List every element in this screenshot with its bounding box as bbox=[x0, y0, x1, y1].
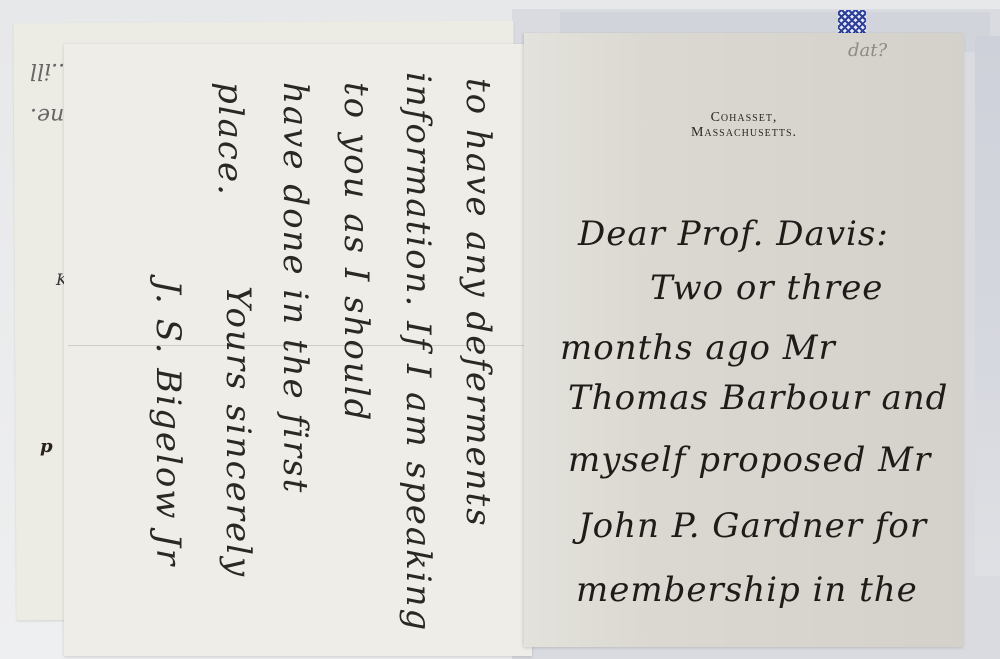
left-page-line: information. If I am speaking bbox=[398, 72, 438, 632]
letter-body-line: months ago Mr bbox=[560, 328, 836, 368]
left-page-line: to you as I should bbox=[336, 82, 376, 422]
letter-body-line: myself proposed Mr bbox=[568, 440, 931, 480]
envelope-edge bbox=[975, 36, 1000, 576]
letter-body-line: John P. Gardner for bbox=[578, 506, 927, 546]
left-page-line: place. bbox=[210, 82, 250, 197]
letter-body-line: membership in the bbox=[576, 570, 918, 610]
pencil-annotation: dat? bbox=[848, 40, 887, 61]
left-page-line: to have any deferments bbox=[458, 78, 498, 528]
closing-line: Yours sincerely bbox=[218, 286, 258, 578]
back-sheet-fragment: p bbox=[40, 436, 53, 457]
salutation: Dear Prof. Davis: bbox=[578, 214, 889, 254]
signature: J. S. Bigelow Jr bbox=[148, 280, 188, 567]
letter-body-line: Thomas Barbour and bbox=[568, 378, 948, 418]
letter-body-line: Two or three bbox=[650, 268, 883, 308]
letterhead-town: Cohasset, bbox=[524, 110, 964, 126]
left-page-line: have done in the first bbox=[275, 82, 315, 494]
letterhead-state: Massachusetts. bbox=[524, 125, 964, 141]
